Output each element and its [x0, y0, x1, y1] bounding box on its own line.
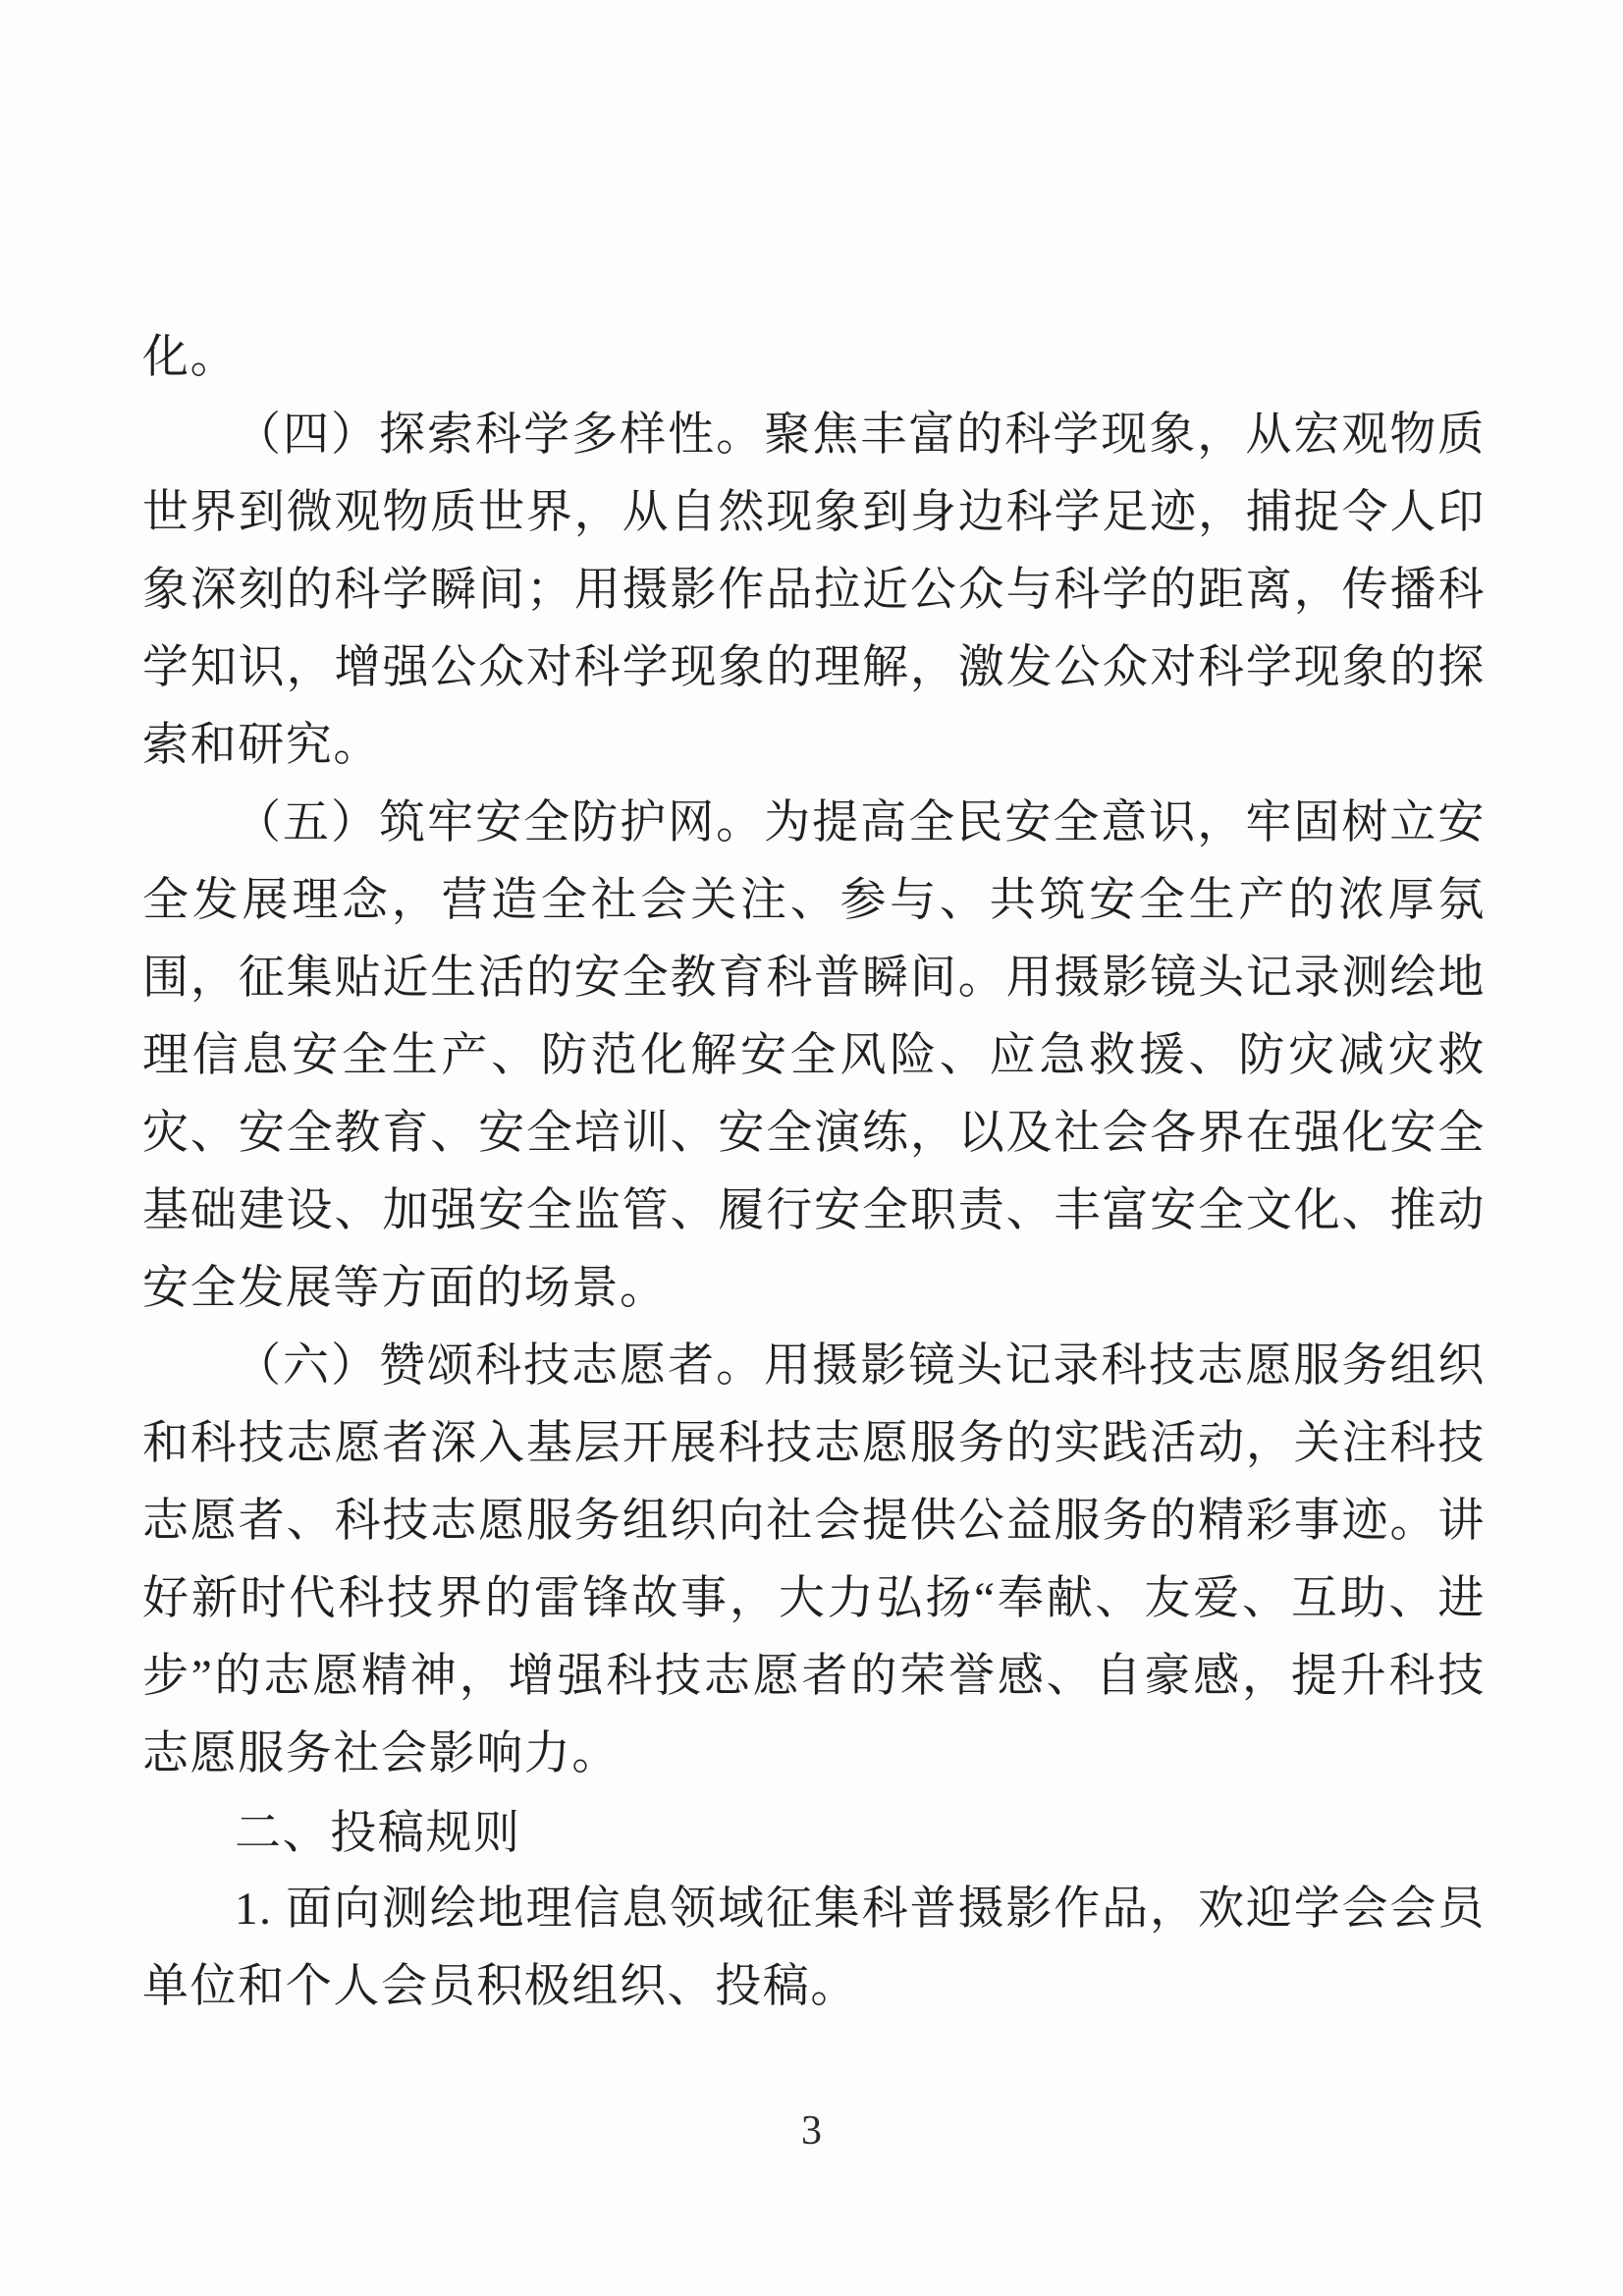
page-number: 3: [801, 2108, 822, 2154]
page-footer: 3: [0, 2102, 1623, 2160]
continuation-text: 化。: [142, 319, 1486, 397]
section-6-paragraph: （六）赞颂科技志愿者。用摄影镜头记录科技志愿服务组织和科技志愿者深入基层开展科技…: [142, 1328, 1486, 1793]
scanned-document-page: 化。 （四）探索科学多样性。聚焦丰富的科学现象，从宏观物质世界到微观物质世界，从…: [0, 0, 1623, 2296]
document-body: 化。 （四）探索科学多样性。聚焦丰富的科学现象，从宏观物质世界到微观物质世界，从…: [142, 319, 1486, 2026]
section-5-paragraph: （五）筑牢安全防护网。为提高全民安全意识，牢固树立安全发展理念，营造全社会关注、…: [142, 785, 1486, 1328]
section-4-paragraph: （四）探索科学多样性。聚焦丰富的科学现象，从宏观物质世界到微观物质世界，从自然现…: [142, 397, 1486, 785]
section-heading-submission-rules: 二、投稿规则: [142, 1793, 1486, 1871]
rule-1-paragraph: 1. 面向测绘地理信息领域征集科普摄影作品，欢迎学会会员单位和个人会员积极组织、…: [142, 1871, 1486, 2026]
